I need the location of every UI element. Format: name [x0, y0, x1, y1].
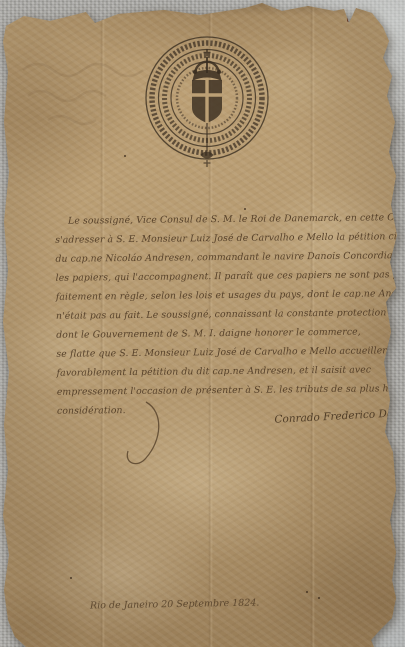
crown-icon — [193, 49, 221, 80]
ink-speck — [124, 155, 126, 157]
danish-royal-seal — [131, 30, 283, 170]
photo-backdrop: Le soussigné, Vice Consul de S. M. le Ro… — [0, 0, 405, 647]
ink-speck — [318, 597, 320, 599]
ink-speck — [70, 577, 72, 579]
pen-flourish — [112, 398, 182, 476]
order-pendant-icon — [201, 123, 213, 167]
ink-speck — [244, 208, 246, 210]
manuscript-paper: Le soussigné, Vice Consul de S. M. le Ro… — [0, 0, 405, 647]
letter-body: Le soussigné, Vice Consul de S. M. le Ro… — [55, 208, 397, 421]
ink-speck — [306, 591, 308, 593]
paper-shadow: Le soussigné, Vice Consul de S. M. le Ro… — [0, 0, 405, 647]
dateline: Rio de Janeiro 20 Septembre 1824. — [90, 598, 260, 612]
tear-mark — [347, 14, 350, 22]
manuscript-line: empressement l'occasion de présenter à S… — [57, 379, 397, 402]
